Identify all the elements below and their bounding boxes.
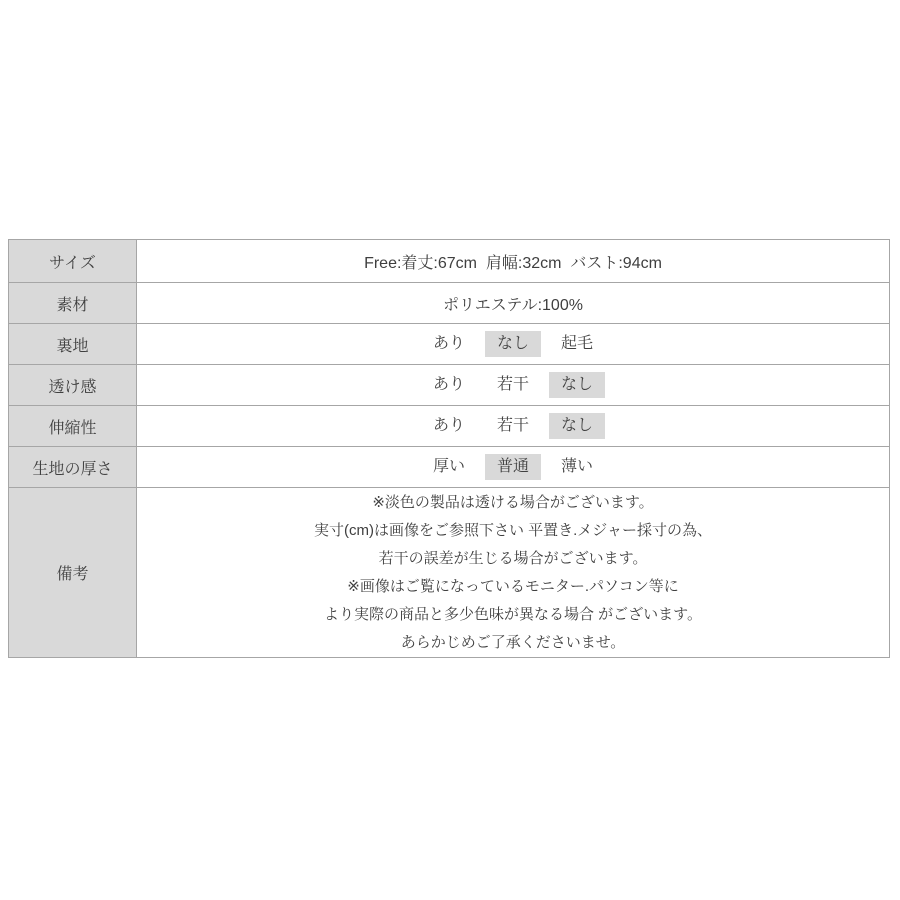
spec-row-lining: 裏地 あり なし 起毛 (9, 324, 889, 365)
row-value-sheerness: あり 若干 なし (137, 365, 889, 405)
spec-row-material: 素材 ポリエステル:100% (9, 283, 889, 324)
row-label-stretch: 伸縮性 (9, 406, 137, 446)
lining-option-kimou: 起毛 (549, 331, 605, 357)
spec-row-thickness: 生地の厚さ 厚い 普通 薄い (9, 447, 889, 488)
spec-row-stretch: 伸縮性 あり 若干 なし (9, 406, 889, 447)
spec-row-remarks: 備考 ※淡色の製品は透ける場合がございます。 実寸(cm)は画像をご参照下さい … (9, 488, 889, 657)
row-label-sheerness: 透け感 (9, 365, 137, 405)
row-value-material: ポリエステル:100% (137, 283, 889, 323)
product-spec-table: サイズ Free:着丈:67cm 肩幅:32cm バスト:94cm 素材 ポリエ… (8, 239, 890, 658)
lining-option-ari: あり (421, 331, 477, 357)
sheerness-option-nashi: なし (549, 372, 605, 398)
row-label-material: 素材 (9, 283, 137, 323)
thickness-option-futsuu: 普通 (485, 454, 541, 480)
lining-option-nashi: なし (485, 331, 541, 357)
remark-line: ※画像はご覧になっているモニター.パソコン等に (347, 573, 678, 601)
row-value-lining: あり なし 起毛 (137, 324, 889, 364)
remark-line: ※淡色の製品は透ける場合がございます。 (372, 489, 653, 517)
spec-row-sheerness: 透け感 あり 若干 なし (9, 365, 889, 406)
row-value-remarks: ※淡色の製品は透ける場合がございます。 実寸(cm)は画像をご参照下さい 平置き… (137, 488, 889, 657)
row-value-stretch: あり 若干 なし (137, 406, 889, 446)
sheerness-option-jakkan: 若干 (485, 372, 541, 398)
thickness-option-atsui: 厚い (421, 454, 477, 480)
row-value-thickness: 厚い 普通 薄い (137, 447, 889, 487)
row-label-size: サイズ (9, 240, 137, 282)
thickness-option-usui: 薄い (549, 454, 605, 480)
row-label-thickness: 生地の厚さ (9, 447, 137, 487)
remark-line: 若干の誤差が生じる場合がございます。 (379, 545, 648, 573)
remark-line: より実際の商品と多少色味が異なる場合 がございます。 (324, 601, 702, 629)
row-value-size: Free:着丈:67cm 肩幅:32cm バスト:94cm (137, 240, 889, 282)
remark-line: あらかじめご了承くださいませ。 (401, 629, 626, 657)
sheerness-option-ari: あり (421, 372, 477, 398)
stretch-option-ari: あり (421, 413, 477, 439)
row-label-remarks: 備考 (9, 488, 137, 657)
remark-line: 実寸(cm)は画像をご参照下さい 平置き.メジャー採寸の為、 (314, 517, 712, 545)
stretch-option-jakkan: 若干 (485, 413, 541, 439)
stretch-option-nashi: なし (549, 413, 605, 439)
row-label-lining: 裏地 (9, 324, 137, 364)
spec-row-size: サイズ Free:着丈:67cm 肩幅:32cm バスト:94cm (9, 240, 889, 283)
page-canvas: サイズ Free:着丈:67cm 肩幅:32cm バスト:94cm 素材 ポリエ… (0, 0, 900, 900)
